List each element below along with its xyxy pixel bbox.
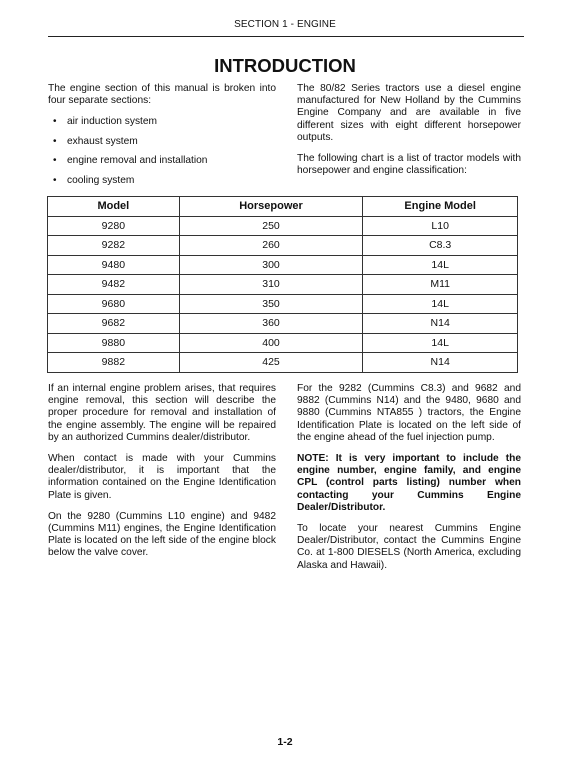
model-cell: 9280	[48, 216, 180, 236]
horsepower-cell: 300	[179, 255, 363, 275]
horsepower-cell: 350	[179, 294, 363, 314]
horsepower-cell: 425	[179, 353, 363, 373]
table-row: 9482310M11	[48, 275, 518, 295]
series-description: The 80/82 Series tractors use a diesel e…	[297, 83, 521, 144]
column-header-model: Model	[48, 197, 180, 217]
chart-intro: The following chart is a list of tractor…	[297, 153, 521, 177]
dealer-locator-paragraph: To locate your nearest Cummins Engine De…	[297, 523, 521, 572]
engine-model-cell: 14L	[363, 294, 518, 314]
bullet-icon: •	[53, 155, 57, 167]
section-header: SECTION 1 - ENGINE	[0, 19, 570, 30]
section-list-item: •air induction system	[48, 116, 276, 128]
table-header-row: Model Horsepower Engine Model	[48, 197, 518, 217]
section-list-item: •engine removal and installation	[48, 155, 276, 167]
model-cell: 9480	[48, 255, 180, 275]
model-cell: 9482	[48, 275, 180, 295]
model-cell: 9682	[48, 314, 180, 334]
intro-paragraph: The engine section of this manual is bro…	[48, 83, 276, 107]
page-title: INTRODUCTION	[0, 55, 570, 77]
body-right-column: For the 9282 (Cummins C8.3) and 9682 and…	[297, 383, 521, 581]
engine-model-cell: N14	[363, 314, 518, 334]
tractor-model-table: Model Horsepower Engine Model 9280250L10…	[47, 196, 518, 373]
table-row: 988040014L	[48, 333, 518, 353]
engine-model-cell: 14L	[363, 255, 518, 275]
table-row: 968035014L	[48, 294, 518, 314]
model-cell: 9882	[48, 353, 180, 373]
engine-model-cell: N14	[363, 353, 518, 373]
horsepower-cell: 400	[179, 333, 363, 353]
engine-model-cell: 14L	[363, 333, 518, 353]
table-row: 9882425N14	[48, 353, 518, 373]
model-cell: 9680	[48, 294, 180, 314]
bullet-icon: •	[53, 116, 57, 128]
intro-left-column: The engine section of this manual is bro…	[48, 83, 276, 194]
contact-paragraph: When contact is made with your Cummins d…	[48, 453, 276, 502]
engine-model-cell: C8.3	[363, 236, 518, 256]
engine-model-cell: M11	[363, 275, 518, 295]
table-row: 9280250L10	[48, 216, 518, 236]
table-row: 9282260C8.3	[48, 236, 518, 256]
bullet-icon: •	[53, 175, 57, 187]
page-number: 1-2	[0, 736, 570, 748]
column-header-engine-model: Engine Model	[363, 197, 518, 217]
column-header-horsepower: Horsepower	[179, 197, 363, 217]
section-list-item: •exhaust system	[48, 136, 276, 148]
horsepower-cell: 260	[179, 236, 363, 256]
section-list-item-label: cooling system	[67, 175, 134, 186]
model-cell: 9282	[48, 236, 180, 256]
horsepower-cell: 250	[179, 216, 363, 236]
intro-right-column: The 80/82 Series tractors use a diesel e…	[297, 83, 521, 186]
horsepower-cell: 360	[179, 314, 363, 334]
section-list-item-label: engine removal and installation	[67, 155, 207, 166]
body-left-column: If an internal engine problem arises, th…	[48, 383, 276, 569]
section-list-item: •cooling system	[48, 175, 276, 187]
header-divider	[48, 36, 524, 37]
section-list-item-label: exhaust system	[67, 136, 138, 147]
table-row: 948030014L	[48, 255, 518, 275]
plate-location-other-models: For the 9282 (Cummins C8.3) and 9682 and…	[297, 383, 521, 444]
note-paragraph: NOTE: It is very important to include th…	[297, 453, 521, 514]
section-list-item-label: air induction system	[67, 116, 157, 127]
engine-removal-paragraph: If an internal engine problem arises, th…	[48, 383, 276, 444]
section-list: •air induction system•exhaust system•eng…	[48, 116, 276, 186]
bullet-icon: •	[53, 136, 57, 148]
horsepower-cell: 310	[179, 275, 363, 295]
engine-model-cell: L10	[363, 216, 518, 236]
table-row: 9682360N14	[48, 314, 518, 334]
model-cell: 9880	[48, 333, 180, 353]
plate-location-l10-m11: On the 9280 (Cummins L10 engine) and 948…	[48, 511, 276, 560]
